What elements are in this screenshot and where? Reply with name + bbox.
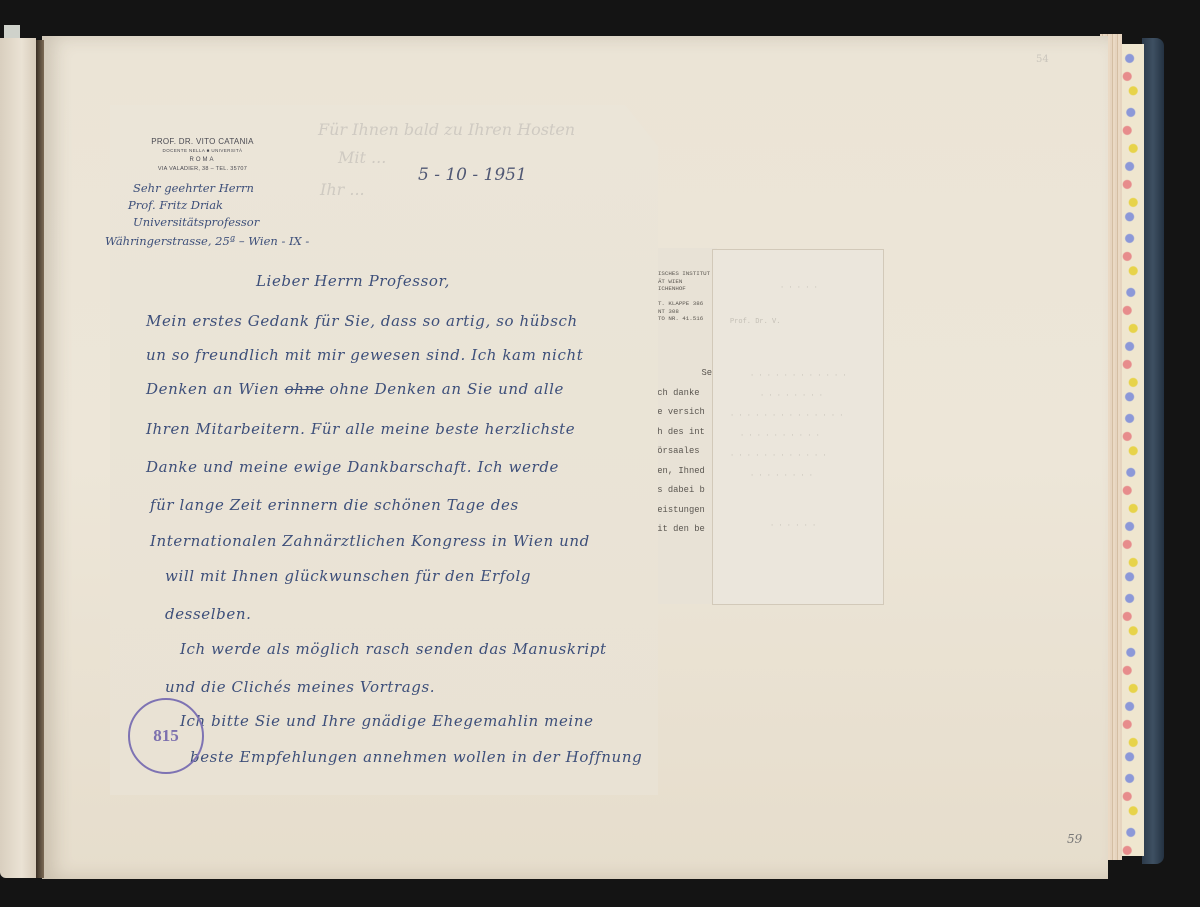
letterhead-name: PROF. DR. VITO CATANIA: [140, 137, 265, 146]
body-line: un so freundlich mit mir gewesen sind. I…: [146, 346, 583, 364]
typed-document-body: Se Ich danke ie versich ch des int Hörsa…: [652, 364, 712, 540]
text-segment: ohne Denken an Sie und alle: [330, 380, 564, 398]
typed-line: len, Ihned: [652, 462, 712, 482]
letter-date: 5 - 10 - 1951: [418, 165, 527, 185]
book-gutter: [36, 40, 44, 878]
letterhead-address: VIA VALADIER, 38 – TEL. 35707: [140, 166, 265, 172]
album-cover-edge: [1142, 38, 1164, 864]
letterhead-city: ROMA: [140, 157, 265, 163]
text-segment: Denken an Wien: [146, 380, 279, 398]
recipient-line: Sehr geehrter Herrn: [133, 181, 254, 195]
recipient-line: Prof. Fritz Driak: [128, 198, 223, 212]
faint-line: · · · · · · · ·: [760, 386, 847, 406]
faint-line: · · · · · · · · · · · ·: [730, 446, 847, 466]
recipient-line: Universitätsprofessor: [133, 215, 259, 229]
bleed-through-text: Mit ...: [338, 148, 386, 167]
struck-word: ohne: [285, 380, 325, 398]
corner-page-number: 54: [1036, 54, 1049, 65]
stamp-number: 815: [153, 726, 179, 746]
body-line: Internationalen Zahnärztlichen Kongress …: [150, 532, 590, 550]
typed-line: Mit den be: [652, 520, 712, 540]
faint-line: · · · · ·: [780, 278, 847, 298]
typed-document-header: OMISCHES INSTITUT ITÄT WIEN LEICHENHOF 8…: [651, 270, 710, 323]
body-line: beste Empfehlungen annehmen wollen in de…: [190, 748, 642, 766]
body-line: Ihren Mitarbeitern. Für alle meine beste…: [146, 420, 575, 438]
left-facing-page: [0, 38, 36, 878]
typed-line: Ich danke: [652, 384, 712, 404]
body-line: Denken an Wien ohne ohne Denken an Sie u…: [146, 380, 564, 398]
header-line: ONTO NR. 41.516: [651, 315, 710, 323]
slip-faint-text: · · · · · Prof. Dr. V. · · · · · · · · ·…: [730, 278, 847, 536]
body-line: für lange Zeit erinnern die schönen Tage…: [150, 496, 519, 514]
page-number: 59: [1067, 832, 1082, 846]
faint-line: · · · · · · · · · · · · · ·: [730, 406, 847, 426]
body-line: Danke und meine ewige Dankbarschaft. Ich…: [146, 458, 559, 476]
body-line: Ich bitte Sie und Ihre gnädige Ehegemahl…: [180, 712, 594, 730]
floral-endpaper-edge: [1120, 44, 1144, 856]
faint-line: · · · · · ·: [770, 516, 847, 536]
recipient-line: Währingerstrasse, 25ª – Wien - IX -: [105, 234, 309, 248]
circular-ink-stamp: 815: [128, 698, 204, 774]
header-line: SPT. KLAPPE 386: [651, 300, 710, 308]
header-line: LEICHENHOF: [651, 285, 710, 293]
body-line: Ich werde als möglich rasch senden das M…: [180, 640, 607, 658]
header-line: 8: [651, 293, 710, 301]
body-line: Mein erstes Gedank für Sie, dass so arti…: [146, 312, 578, 330]
body-line: will mit Ihnen glückwunschen für den Erf…: [165, 567, 531, 585]
faint-line: · · · · · · · · · · · ·: [750, 366, 847, 386]
body-line: und die Clichés meines Vortrags.: [165, 678, 435, 696]
body-line: desselben.: [165, 605, 251, 623]
typed-line: ie versich: [652, 403, 712, 423]
typed-line: Hörsaales: [652, 442, 712, 462]
faint-line: · · · · · · · ·: [750, 466, 847, 486]
bleed-through-text: Für Ihnen bald zu Ihren Hosten: [318, 120, 575, 139]
salutation: Lieber Herrn Professor,: [256, 272, 450, 290]
faint-line: Prof. Dr. V.: [730, 312, 847, 332]
typed-line: Se: [652, 364, 712, 384]
header-line: TENT 308: [651, 308, 710, 316]
header-line: ITÄT WIEN: [651, 278, 710, 286]
faint-line: · · · · · · · · · ·: [740, 426, 847, 446]
header-line: OMISCHES INSTITUT: [651, 270, 710, 278]
letterhead-subtitle: DOCENTE NELLA ■ UNIVERSITÀ: [140, 148, 265, 153]
typed-line: ch des int: [652, 423, 712, 443]
typed-line: is dabei b: [652, 481, 712, 501]
typed-line: leistungen: [652, 501, 712, 521]
bleed-through-text: Ihr ...: [320, 180, 365, 199]
